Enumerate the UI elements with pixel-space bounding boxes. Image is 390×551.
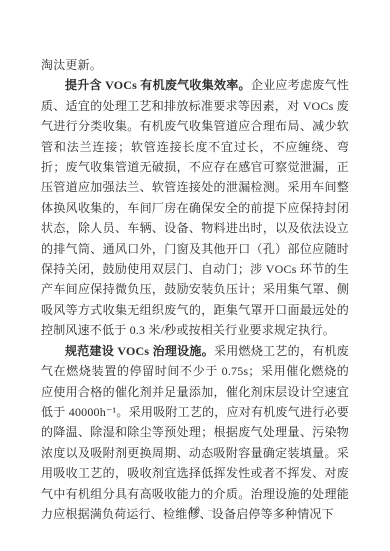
paragraph-continuation: 淘汰更新。 xyxy=(41,55,349,75)
paragraph-vocs-treatment: 规范建设 VOCs 治理设施。采用燃烧工艺的，有机废气在燃烧装置的停留时间不少于… xyxy=(41,341,349,525)
paragraph-lead-bold: 提升含 VOCs 有机废气收集效率。 xyxy=(65,78,251,92)
paragraph-text: 采用燃烧工艺的，有机废气在燃烧装置的停留时间不少于 0.75s；采用催化燃烧的应… xyxy=(41,344,349,521)
paragraph-text: 企业应考虑废气性质、适宜的处理工艺和排放标准要求等因素，对 VOCs 废气进行分… xyxy=(41,78,349,337)
paragraph-vocs-collection: 提升含 VOCs 有机废气收集效率。企业应考虑废气性质、适宜的处理工艺和排放标准… xyxy=(41,75,349,340)
footer-right-dash: — xyxy=(201,506,224,516)
page-footer: —10— xyxy=(0,504,390,518)
document-body: 淘汰更新。 提升含 VOCs 有机废气收集效率。企业应考虑废气性质、适宜的处理工… xyxy=(41,55,349,524)
page-number: 10 xyxy=(189,506,201,516)
paragraph-lead-bold: 规范建设 VOCs 治理设施。 xyxy=(65,344,214,358)
document-page: 淘汰更新。 提升含 VOCs 有机废气收集效率。企业应考虑废气性质、适宜的处理工… xyxy=(0,0,390,551)
paragraph-text: 淘汰更新。 xyxy=(41,58,102,72)
footer-left-dash: — xyxy=(167,506,190,516)
